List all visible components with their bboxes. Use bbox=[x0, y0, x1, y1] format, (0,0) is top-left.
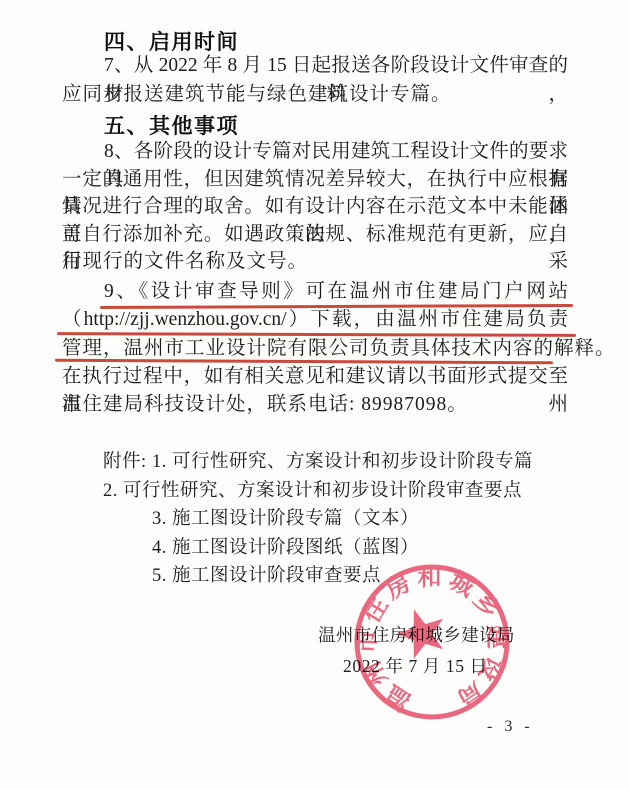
paragraph-line-with-url-intro: 9、《设计审查导则》可在温州市住建局门户网站 bbox=[62, 278, 568, 306]
paragraph-line: 可自行添加补充。如遇政策法规、标准规范有更新，应自行采 bbox=[62, 221, 568, 249]
scanned-document-page: 四、启用时间 7、从 2022 年 8 月 15 日起报送各阶段设计文件审查的材… bbox=[0, 0, 629, 789]
paragraph-line: 在执行过程中，如有相关意见和建议请以书面形式提交至温州 bbox=[62, 363, 568, 391]
page-number: - 3 - bbox=[487, 718, 534, 736]
attachment-item: 5. 施工图设计阶段审查要点 bbox=[152, 562, 381, 591]
paragraph-8: 8、各阶段的设计专篇对民用建筑工程设计文件的要求具有 一定的通用性，但因建筑情况… bbox=[62, 138, 568, 276]
paragraph-line: 一定的通用性，但因建筑情况差异较大，在执行中应根据具体 bbox=[62, 166, 568, 194]
paragraph-line-url: （http://zjj.wenzhou.gov.cn/）下载，由温州市住建局负责 bbox=[62, 306, 568, 334]
paragraph-line: 情况进行合理的取舍。如有设计内容在示范文本中未能涵盖的， bbox=[62, 193, 568, 221]
attachment-item: 1. 可行性研究、方案设计和初步设计阶段专篇 bbox=[152, 448, 533, 477]
paragraph-line: 7、从 2022 年 8 月 15 日起报送各阶段设计文件审查的材料， bbox=[62, 51, 568, 80]
attachments-list: 附件: 1. 可行性研究、方案设计和初步设计阶段专篇 2. 可行性研究、方案设计… bbox=[103, 448, 533, 591]
attachment-item: 4. 施工图设计阶段图纸（蓝图） bbox=[152, 534, 419, 563]
paragraph-line: 8、各阶段的设计专篇对民用建筑工程设计文件的要求具有 bbox=[62, 138, 568, 166]
paragraph-9: 9、《设计审查导则》可在温州市住建局门户网站 （http://zjj.wenzh… bbox=[62, 278, 568, 419]
section-heading-5: 五、其他事项 bbox=[104, 110, 239, 140]
attachments-label: 附件: bbox=[103, 448, 152, 477]
signature-organization: 温州市住房和城乡建设局 bbox=[318, 622, 515, 647]
attachment-item: 3. 施工图设计阶段专篇（文本） bbox=[152, 505, 419, 534]
paragraph-7: 7、从 2022 年 8 月 15 日起报送各阶段设计文件审查的材料， 应同步报… bbox=[62, 51, 568, 109]
signature-date: 2022 年 7 月 15 日 bbox=[343, 653, 488, 678]
attachment-item: 2. 可行性研究、方案设计和初步设计阶段审查要点 bbox=[103, 477, 522, 506]
